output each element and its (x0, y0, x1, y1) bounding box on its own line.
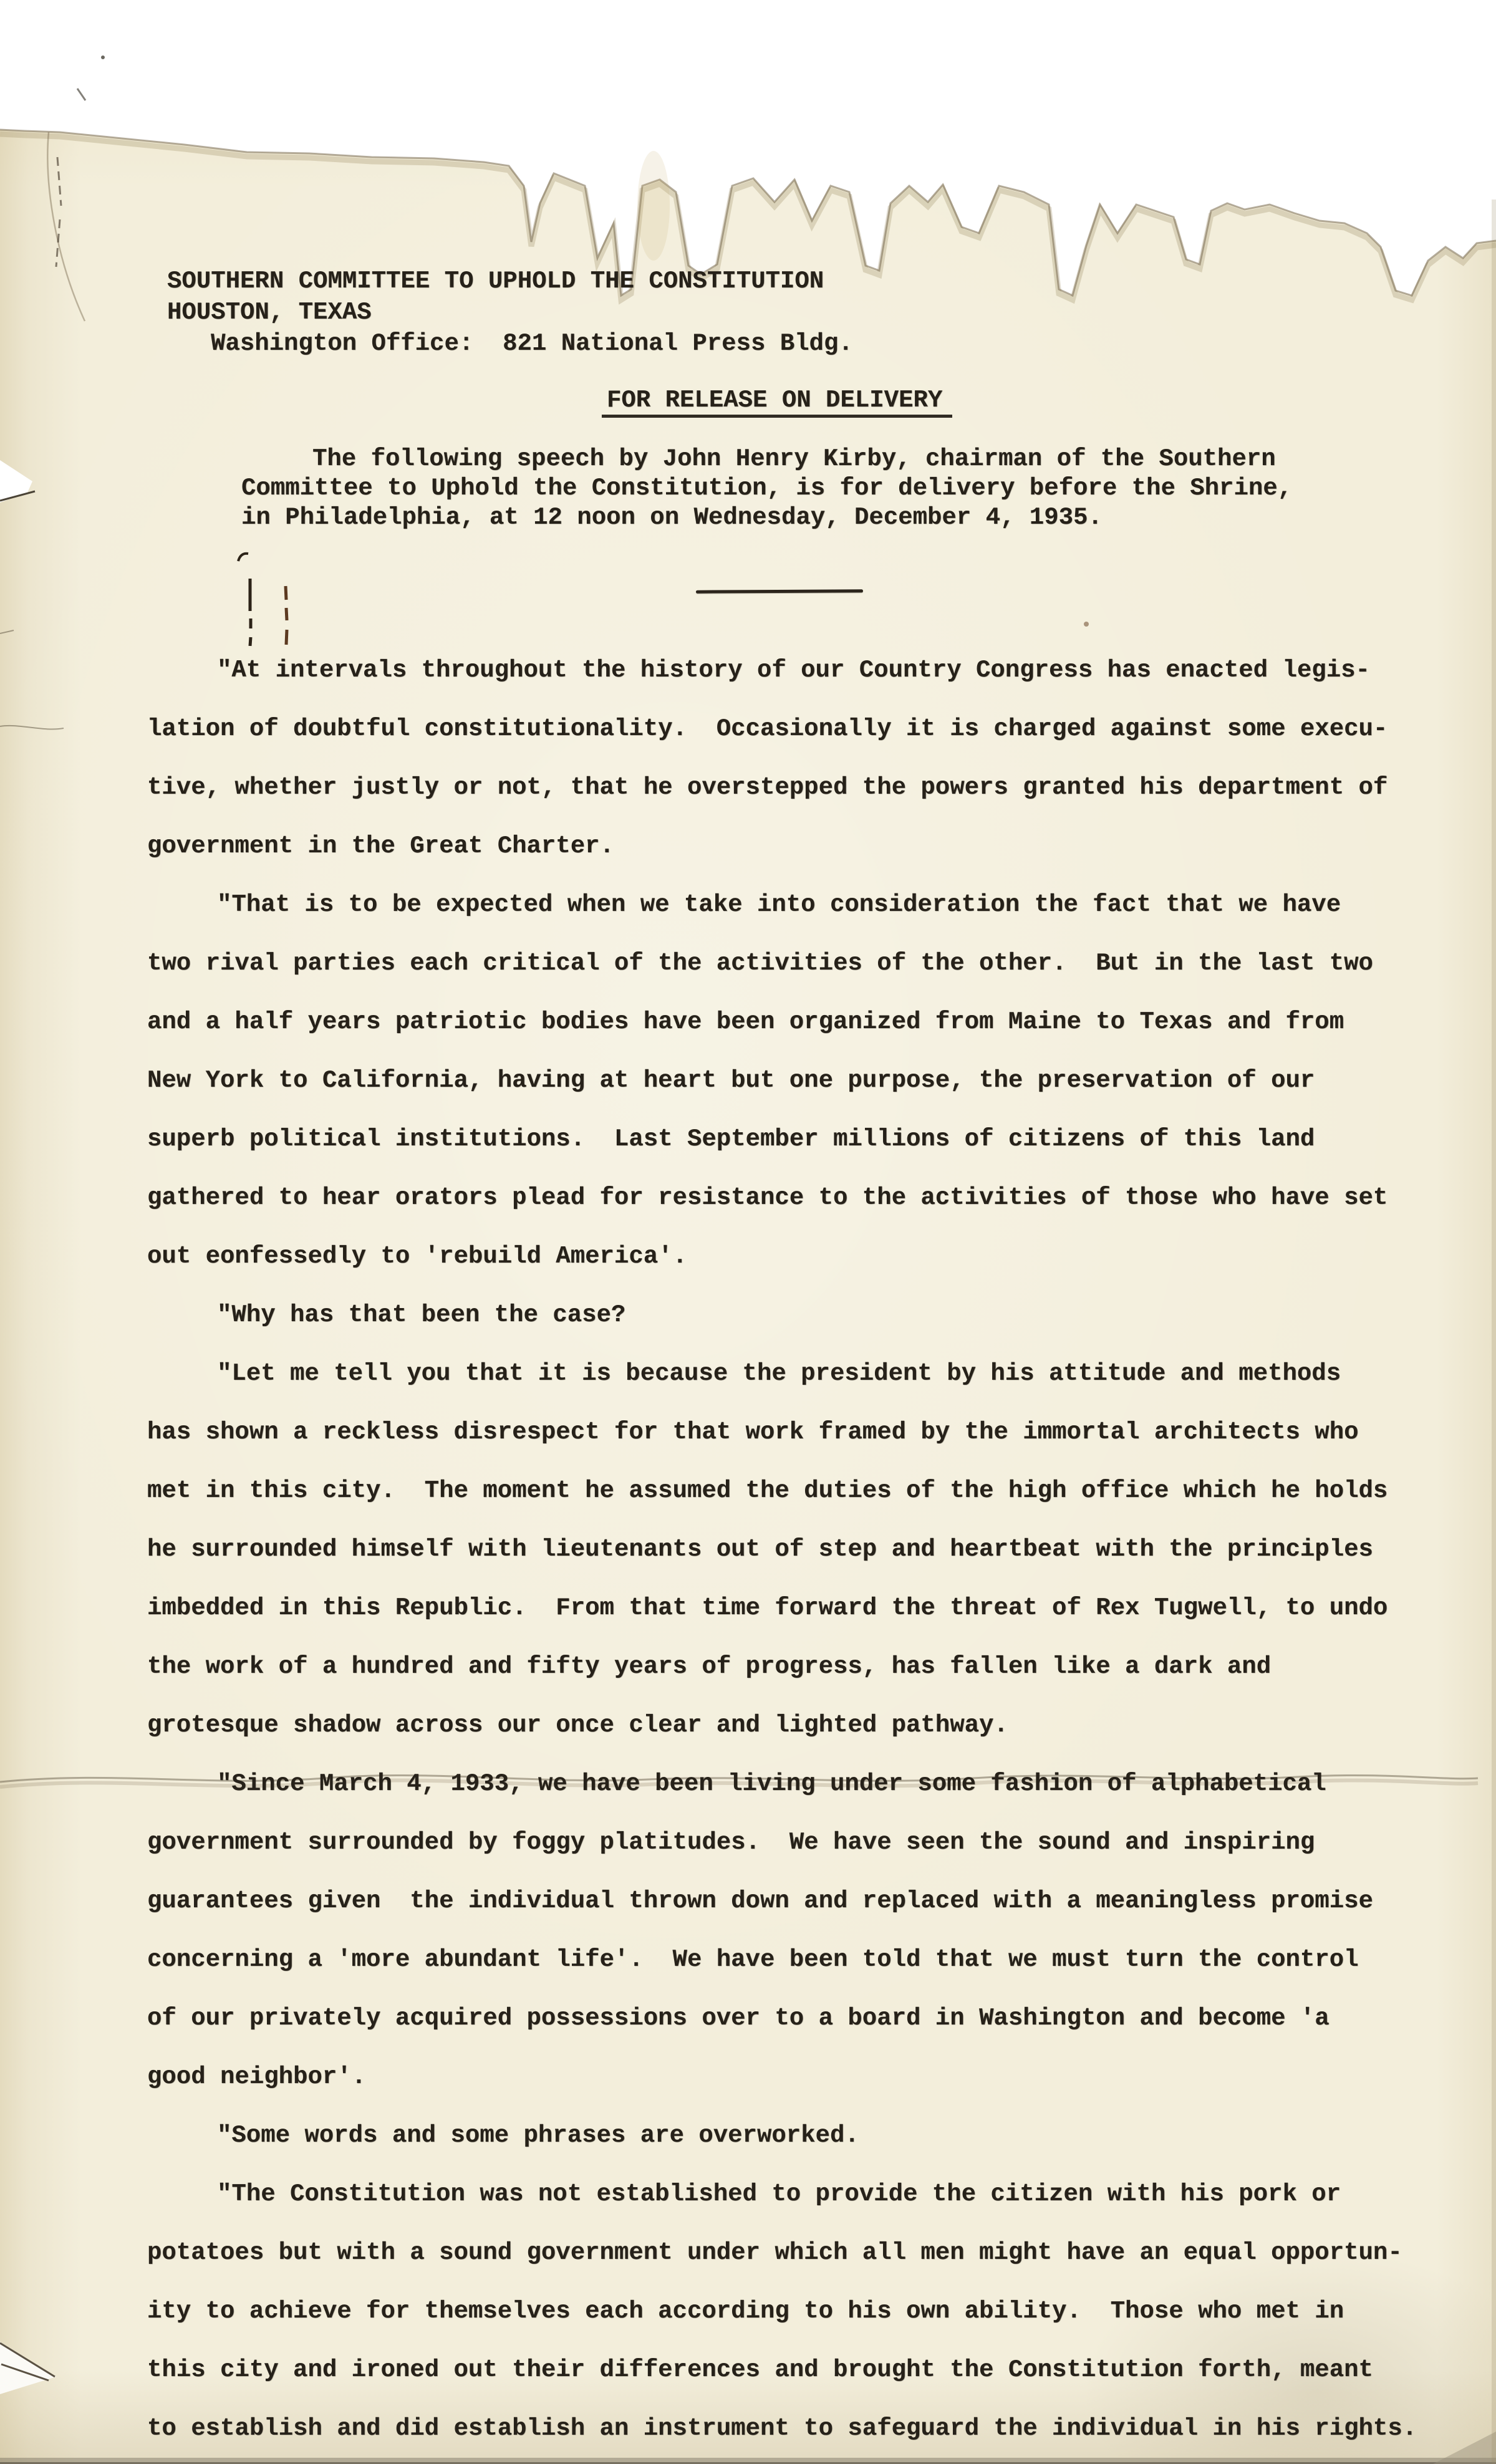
letterhead-organization: SOUTHERN COMMITTEE TO UPHOLD THE CONSTIT… (167, 266, 853, 297)
typed-line: ity to achieve for themselves each accor… (147, 2282, 1417, 2341)
typed-line: "Let me tell you that it is because the … (147, 1344, 1417, 1403)
typed-line: "The Constitution was not established to… (147, 2165, 1417, 2223)
release-notice: FOR RELEASE ON DELIVERY (602, 387, 952, 418)
intro-paragraph: The following speech by John Henry Kirby… (241, 445, 1292, 532)
speech-body: "At intervals throughout the history of … (147, 641, 1417, 2458)
typed-line: "At intervals throughout the history of … (147, 641, 1417, 700)
typed-line: government surrounded by foggy platitude… (147, 1813, 1417, 1872)
typed-line: Committee to Uphold the Constitution, is… (241, 474, 1292, 503)
typed-line: "Why has that been the case? (147, 1286, 1417, 1344)
typed-line: to establish and did establish an instru… (147, 2399, 1417, 2458)
scanned-document-page: { "document": { "kind": "typewritten pre… (0, 0, 1496, 2464)
typed-line: the work of a hundred and fifty years of… (147, 1637, 1417, 1696)
typed-line: has shown a reckless disrespect for that… (147, 1403, 1417, 1461)
typed-line: in Philadelphia, at 12 noon on Wednesday… (241, 503, 1292, 532)
typed-line: good neighbor'. (147, 2048, 1417, 2106)
letterhead: SOUTHERN COMMITTEE TO UPHOLD THE CONSTIT… (167, 266, 853, 359)
typed-line: concerning a 'more abundant life'. We ha… (147, 1930, 1417, 1989)
letterhead-city: HOUSTON, TEXAS (167, 297, 853, 328)
typed-line: imbedded in this Republic. From that tim… (147, 1579, 1417, 1637)
typed-line: two rival parties each critical of the a… (147, 934, 1417, 993)
typed-line: potatoes but with a sound government und… (147, 2223, 1417, 2282)
typed-line: out eonfessedly to 'rebuild America'. (147, 1227, 1417, 1286)
typed-line: The following speech by John Henry Kirby… (241, 445, 1292, 474)
typed-line: and a half years patriotic bodies have b… (147, 993, 1417, 1051)
typed-line: superb political institutions. Last Sept… (147, 1110, 1417, 1168)
typed-line: guarantees given the individual thrown d… (147, 1872, 1417, 1930)
typed-line: New York to California, having at heart … (147, 1051, 1417, 1110)
typed-line: lation of doubtful constitutionality. Oc… (147, 700, 1417, 758)
typed-line: gathered to hear orators plead for resis… (147, 1168, 1417, 1227)
typed-line: grotesque shadow across our once clear a… (147, 1696, 1417, 1754)
letterhead-washington-office: Washington Office: 821 National Press Bl… (167, 328, 853, 359)
typed-line: he surrounded himself with lieutenants o… (147, 1520, 1417, 1579)
typed-line: of our privately acquired possessions ov… (147, 1989, 1417, 2048)
typed-line: this city and ironed out their differenc… (147, 2341, 1417, 2399)
typed-line: government in the Great Charter. (147, 817, 1417, 875)
typed-line: "That is to be expected when we take int… (147, 875, 1417, 934)
typed-line: met in this city. The moment he assumed … (147, 1461, 1417, 1520)
typed-line: "Since March 4, 1933, we have been livin… (147, 1754, 1417, 1813)
typed-line: tive, whether justly or not, that he ove… (147, 758, 1417, 817)
typed-line: "Some words and some phrases are overwor… (147, 2106, 1417, 2165)
